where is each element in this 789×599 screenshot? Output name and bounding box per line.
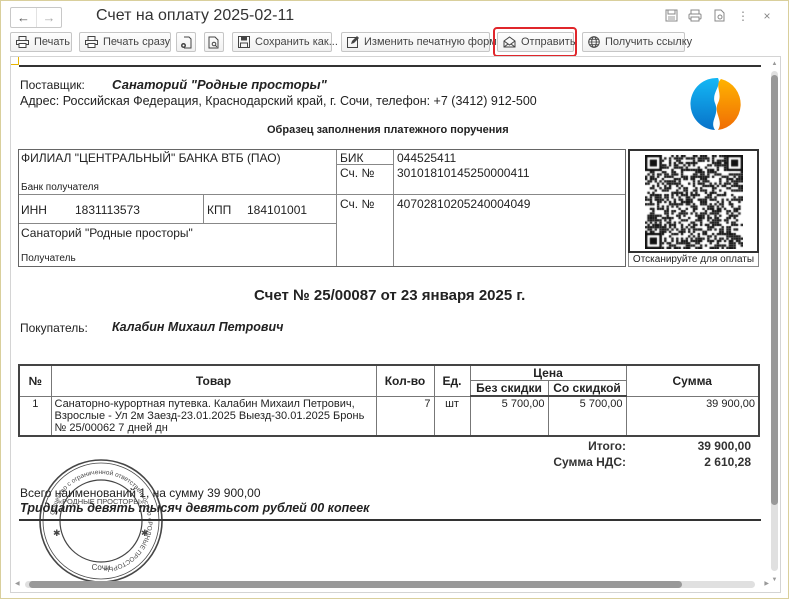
print-label: Печать: [34, 36, 70, 48]
col-price-no-discount: Без скидки: [470, 381, 548, 397]
row-qty: 7: [376, 396, 434, 436]
corr-account-value: 30101810145250000411: [397, 166, 530, 180]
recipient-name: Санаторий "Родные просторы": [21, 226, 193, 240]
svg-text:✱: ✱: [141, 528, 149, 538]
get-link-button[interactable]: Получить ссылку: [582, 32, 685, 52]
col-qty: Кол-во: [376, 365, 434, 396]
printer-icon: [85, 35, 98, 49]
total-label: Итого:: [588, 439, 626, 453]
account-value: 40702810205240004049: [397, 197, 530, 211]
col-unit: Ед.: [434, 365, 470, 396]
printer-icon: [16, 35, 29, 49]
close-icon[interactable]: ×: [760, 9, 774, 23]
company-stamp-icon: Общество с ограниченной ответственностью…: [38, 458, 164, 584]
invoice-document: Поставщик: Санаторий "Родные просторы" А…: [11, 57, 771, 587]
inn-label: ИНН: [21, 203, 47, 217]
arrow-left-icon: ←: [17, 10, 30, 25]
vat-label: Сумма НДС:: [553, 455, 626, 469]
supplier-name: Санаторий "Родные просторы": [112, 77, 327, 92]
col-num: №: [19, 365, 51, 396]
save-as-label: Сохранить как...: [255, 36, 338, 48]
document-gear-icon: [179, 35, 193, 49]
preview-icon[interactable]: [712, 9, 726, 23]
corr-account-label: Сч. №: [340, 166, 374, 180]
bank-label: Банк получателя: [21, 182, 99, 193]
horizontal-scrollbar[interactable]: ◀ ▶: [15, 580, 769, 589]
qr-code-icon: [645, 155, 743, 249]
col-sum: Сумма: [626, 365, 759, 396]
scroll-down-icon[interactable]: ▼: [770, 577, 779, 583]
payment-sample-title: Образец заполнения платежного поручения: [267, 124, 509, 136]
print-settings-button[interactable]: [176, 32, 196, 52]
send-button[interactable]: Отправить: [497, 32, 574, 52]
kpp-label: КПП: [207, 203, 231, 217]
get-link-label: Получить ссылку: [605, 36, 692, 48]
col-item: Товар: [51, 365, 376, 396]
inn-value: 1831113573: [75, 203, 140, 217]
vertical-scroll-thumb[interactable]: [771, 75, 778, 505]
col-price: Цена: [470, 365, 626, 381]
print-now-button[interactable]: Печать сразу: [79, 32, 171, 52]
horizontal-scroll-thumb[interactable]: [29, 581, 682, 588]
document-search-icon: [207, 35, 221, 49]
document-viewport: Поставщик: Санаторий "Родные просторы" А…: [10, 56, 781, 593]
row-price-discount: 5 700,00: [548, 396, 626, 436]
qr-caption: Отсканируйте для оплаты: [628, 253, 759, 267]
row-price-no-discount: 5 700,00: [470, 396, 548, 436]
scroll-left-icon[interactable]: ◀: [15, 580, 20, 587]
recipient-label: Получатель: [21, 253, 76, 264]
window-controls: ⋮ ×: [664, 9, 774, 23]
buyer-name: Калабин Михаил Петрович: [112, 320, 283, 334]
account-label: Сч. №: [340, 197, 374, 211]
print-icon[interactable]: [688, 9, 702, 23]
send-label: Отправить: [521, 36, 576, 48]
goods-table: № Товар Кол-во Ед. Цена Сумма Без скидки…: [18, 364, 760, 437]
svg-text:✱: ✱: [53, 528, 61, 538]
row-sum: 39 900,00: [626, 396, 759, 436]
svg-text:«РОДНЫЕ ПРОСТОРЫ»: «РОДНЫЕ ПРОСТОРЫ»: [58, 497, 144, 506]
print-form-window: ← → Счет на оплату 2025-02-11 ⋮ × Печать…: [0, 0, 789, 599]
scroll-right-icon[interactable]: ▶: [764, 580, 769, 587]
bank-details-table: ФИЛИАЛ "ЦЕНТРАЛЬНЫЙ" БАНКА ВТБ (ПАО) Бан…: [18, 149, 626, 267]
svg-text:Общество с ограниченной ответс: Общество с ограниченной ответственностью…: [49, 469, 153, 573]
buyer-label: Покупатель:: [20, 321, 88, 335]
envelope-icon: [503, 35, 516, 49]
preview-button[interactable]: [204, 32, 224, 52]
table-row: 1 Санаторно-курортная путевка. Калабин М…: [19, 396, 759, 436]
vertical-scrollbar[interactable]: ▲ ▼: [770, 61, 779, 583]
scroll-up-icon[interactable]: ▲: [770, 61, 779, 67]
edit-pencil-icon: [347, 35, 359, 49]
save-icon[interactable]: [664, 9, 678, 23]
more-icon[interactable]: ⋮: [736, 9, 750, 23]
total-value: 39 900,00: [698, 439, 751, 453]
col-price-discount: Со скидкой: [548, 381, 626, 397]
top-rule: [19, 65, 761, 67]
navigation-buttons: ← →: [10, 7, 62, 28]
svg-text:Сочи: Сочи: [92, 563, 111, 572]
row-item: Санаторно-курортная путевка. Калабин Мих…: [51, 396, 376, 436]
kpp-value: 184101001: [247, 203, 307, 217]
invoice-title: Счет № 25/00087 от 23 января 2025 г.: [254, 287, 525, 304]
bank-name: ФИЛИАЛ "ЦЕНТРАЛЬНЫЙ" БАНКА ВТБ (ПАО): [21, 151, 281, 165]
back-button[interactable]: ←: [11, 8, 36, 27]
vat-value: 2 610,28: [704, 455, 751, 469]
row-num: 1: [19, 396, 51, 436]
save-as-button[interactable]: Сохранить как...: [232, 32, 332, 52]
forward-button[interactable]: →: [36, 8, 61, 27]
print-now-label: Печать сразу: [103, 36, 170, 48]
supplier-address: Адрес: Российская Федерация, Краснодарск…: [20, 94, 537, 108]
arrow-right-icon: →: [42, 10, 55, 25]
edit-print-form-button[interactable]: Изменить печатную форму: [341, 32, 490, 52]
supplier-label: Поставщик:: [20, 78, 85, 92]
bik-label: БИК: [340, 151, 364, 165]
bik-value: 044525411: [397, 151, 456, 165]
qr-code-frame: [628, 149, 759, 253]
print-button[interactable]: Печать: [10, 32, 72, 52]
row-unit: шт: [434, 396, 470, 436]
company-logo-icon: [688, 77, 742, 131]
floppy-disk-icon: [238, 35, 250, 49]
edit-print-form-label: Изменить печатную форму: [364, 36, 502, 48]
window-title: Счет на оплату 2025-02-11: [96, 7, 294, 25]
globe-icon: [588, 35, 600, 49]
